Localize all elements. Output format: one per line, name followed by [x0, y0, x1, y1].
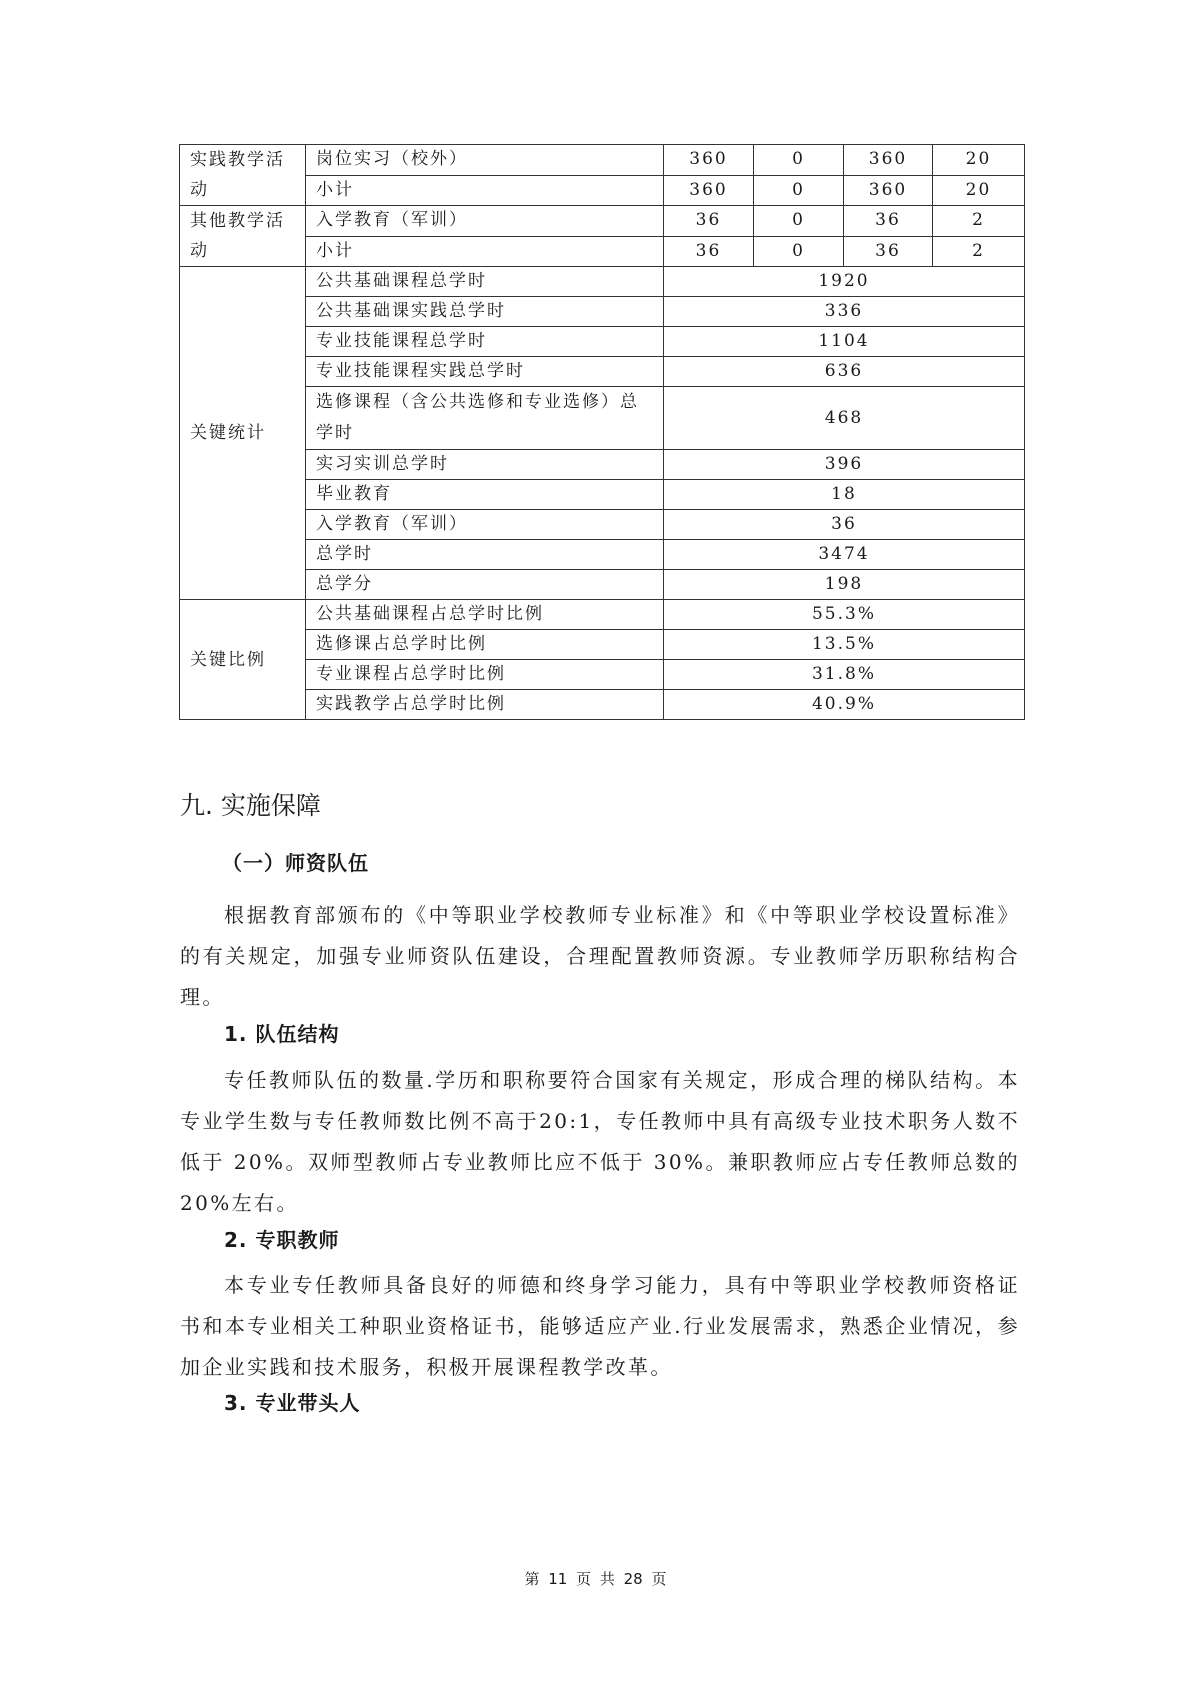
- value-cell: 360: [844, 145, 933, 176]
- table-row: 关键统计 公共基础课程总学时 1920: [180, 267, 1025, 297]
- stat-label: 实习实训总学时: [306, 450, 664, 480]
- table-row: 选修课占总学时比例 13.5%: [180, 630, 1025, 660]
- value-cell: 2: [933, 206, 1025, 237]
- stat-value: 18: [664, 480, 1025, 510]
- value-cell: 360: [664, 175, 754, 206]
- table-row: 专业技能课程实践总学时 636: [180, 357, 1025, 387]
- stat-value: 3474: [664, 540, 1025, 570]
- full-time-teachers-paragraph: 本专业专任教师具备良好的师德和终身学习能力，具有中等职业学校教师资格证书和本专业…: [180, 1265, 1020, 1388]
- value-cell: 360: [844, 175, 933, 206]
- value-cell: 0: [754, 145, 844, 176]
- value-cell: 36: [664, 206, 754, 237]
- stat-label: 公共基础课程总学时: [306, 267, 664, 297]
- ratio-label: 公共基础课程占总学时比例: [306, 600, 664, 630]
- ratio-value: 31.8%: [664, 660, 1025, 690]
- table-row: 总学分 198: [180, 570, 1025, 600]
- value-cell: 0: [754, 175, 844, 206]
- value-cell: 0: [754, 206, 844, 237]
- table-row: 其他教学活动 入学教育（军训） 36 0 36 2: [180, 206, 1025, 237]
- ratio-value: 40.9%: [664, 690, 1025, 720]
- ratio-label: 选修课占总学时比例: [306, 630, 664, 660]
- stat-value: 1104: [664, 327, 1025, 357]
- table-row: 总学时 3474: [180, 540, 1025, 570]
- value-cell: 20: [933, 175, 1025, 206]
- value-cell: 0: [754, 236, 844, 267]
- item-heading-program-leader: 3. 专业带头人: [224, 1387, 360, 1416]
- document-page: 实践教学活动 岗位实习（校外） 360 0 360 20 小计 360 0 36…: [0, 0, 1191, 1684]
- stat-label: 专业技能课程总学时: [306, 327, 664, 357]
- team-structure-paragraph: 专任教师队伍的数量.学历和职称要符合国家有关规定，形成合理的梯队结构。本专业学生…: [180, 1060, 1020, 1224]
- page-number-footer: 第 11 页 共 28 页: [0, 1568, 1191, 1589]
- ratio-value: 55.3%: [664, 600, 1025, 630]
- value-cell: 2: [933, 236, 1025, 267]
- stat-value: 336: [664, 297, 1025, 327]
- table-row: 专业课程占总学时比例 31.8%: [180, 660, 1025, 690]
- stat-label: 总学分: [306, 570, 664, 600]
- table-row: 关键比例 公共基础课程占总学时比例 55.3%: [180, 600, 1025, 630]
- table-row: 小计 36 0 36 2: [180, 236, 1025, 267]
- table-row: 实践教学占总学时比例 40.9%: [180, 690, 1025, 720]
- value-cell: 360: [664, 145, 754, 176]
- stat-value: 636: [664, 357, 1025, 387]
- ratio-label: 实践教学占总学时比例: [306, 690, 664, 720]
- category-cell: 关键统计: [180, 267, 306, 600]
- stat-value: 396: [664, 450, 1025, 480]
- item-cell: 入学教育（军训）: [306, 206, 664, 237]
- value-cell: 36: [844, 206, 933, 237]
- stat-label: 专业技能课程实践总学时: [306, 357, 664, 387]
- category-cell: 实践教学活动: [180, 145, 306, 206]
- table-row: 入学教育（军训） 36: [180, 510, 1025, 540]
- intro-paragraph: 根据教育部颁布的《中等职业学校教师专业标准》和《中等职业学校设置标准》的有关规定…: [180, 895, 1020, 1018]
- stat-label: 入学教育（军训）: [306, 510, 664, 540]
- value-cell: 36: [844, 236, 933, 267]
- category-cell: 关键比例: [180, 600, 306, 720]
- stat-label: 毕业教育: [306, 480, 664, 510]
- stat-label: 公共基础课实践总学时: [306, 297, 664, 327]
- stat-value: 36: [664, 510, 1025, 540]
- table-row: 毕业教育 18: [180, 480, 1025, 510]
- category-cell: 其他教学活动: [180, 206, 306, 267]
- stat-value: 1920: [664, 267, 1025, 297]
- curriculum-hours-table: 实践教学活动 岗位实习（校外） 360 0 360 20 小计 360 0 36…: [179, 144, 1025, 720]
- section-heading: 九. 实施保障: [180, 786, 321, 822]
- item-heading-team-structure: 1. 队伍结构: [224, 1018, 339, 1047]
- stat-label: 总学时: [306, 540, 664, 570]
- item-heading-full-time-teachers: 2. 专职教师: [224, 1224, 339, 1253]
- stat-value: 468: [664, 387, 1025, 450]
- item-cell: 小计: [306, 236, 664, 267]
- item-cell: 小计: [306, 175, 664, 206]
- value-cell: 20: [933, 145, 1025, 176]
- table-row: 公共基础课实践总学时 336: [180, 297, 1025, 327]
- stat-label: 选修课程（含公共选修和专业选修）总学时: [306, 387, 664, 450]
- ratio-label: 专业课程占总学时比例: [306, 660, 664, 690]
- item-cell: 岗位实习（校外）: [306, 145, 664, 176]
- table-row: 选修课程（含公共选修和专业选修）总学时 468: [180, 387, 1025, 450]
- subsection-heading: （一）师资队伍: [222, 847, 369, 876]
- table-row: 小计 360 0 360 20: [180, 175, 1025, 206]
- table-row: 实践教学活动 岗位实习（校外） 360 0 360 20: [180, 145, 1025, 176]
- value-cell: 36: [664, 236, 754, 267]
- table-row: 专业技能课程总学时 1104: [180, 327, 1025, 357]
- ratio-value: 13.5%: [664, 630, 1025, 660]
- table-row: 实习实训总学时 396: [180, 450, 1025, 480]
- stat-value: 198: [664, 570, 1025, 600]
